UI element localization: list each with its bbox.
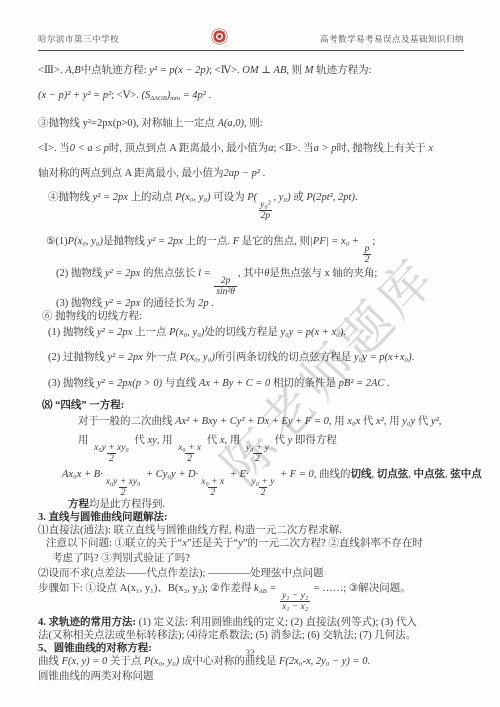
text-line: (3) 抛物线 y² = 2px(p > 0) 与直线 Ax + By + C …	[48, 377, 478, 390]
text-line: 轴对称的两点到点 A 距离最小, 最小值为2ap − p² .	[38, 167, 478, 180]
text-segment: 所引两条切线的切点弦方程是	[215, 352, 354, 363]
text-line: ⑵设而不求(点差法——代点作差法); ————处理弦中点问题	[38, 567, 478, 580]
text-segment: y² = p(x − 2p)	[149, 65, 209, 76]
text-segment: 切线	[351, 469, 372, 480]
text-line: 圆锥曲线的两类对称问题	[38, 670, 478, 683]
text-segment: 上一点	[132, 327, 169, 338]
text-segment: 即得方程	[292, 435, 337, 446]
seal-icon	[212, 29, 227, 44]
text-segment: Ax₀x + B·	[62, 469, 103, 480]
page-header: 哈尔滨市第三中学校 高考数学易考易误点及基础知识归纳	[38, 27, 464, 51]
text-segment: |PF| = x₀ +	[310, 236, 362, 247]
text-segment: y² = 2px	[108, 352, 143, 363]
text-segment: 轨迹方程为:	[313, 65, 371, 76]
text-segment: .	[206, 90, 211, 101]
document-body: <Ⅲ>. A,B中点轨迹方程: y² = p(x − 2p); <Ⅳ>. OM …	[38, 64, 478, 683]
text-segment: 2p	[198, 298, 209, 309]
text-segment: ; <Ⅴ>.	[111, 90, 141, 101]
text-segment: 代	[204, 435, 220, 446]
text-segment: 的通径长为	[140, 298, 198, 309]
text-segment: .	[355, 192, 358, 203]
text-segment: P(x₀, y₀)	[169, 327, 204, 338]
text-segment: (x − p)² + y² = p²	[38, 90, 111, 101]
text-segment: P(x₀, y₀)	[68, 236, 103, 247]
text-segment: ③抛物线 y²=2px(p>0), 对称轴上一定点	[38, 118, 217, 129]
text-line: 注意以下问题: ①联立的关于“x”还是关于“y”的一元二次方程? ②直线斜率不存…	[46, 537, 478, 550]
text-segment: x²	[376, 416, 384, 427]
text-segment: P(x₀, y₀)	[180, 352, 215, 363]
fraction: y₀²2p	[258, 200, 272, 221]
text-segment: = 4p²	[180, 90, 206, 101]
text-segment: 处的切线方程是	[204, 327, 280, 338]
fraction-denominator: 2	[208, 487, 217, 498]
fraction: x₀y + xy₀2	[92, 443, 131, 464]
header-doc-title: 高考数学易考易误点及基础知识归纳	[320, 33, 464, 45]
text-segment: 考虑了吗? ③判别式验证了吗?	[52, 553, 190, 564]
text-segment: l =	[198, 268, 213, 279]
text-segment: 是它的焦点, 则	[239, 236, 310, 247]
text-segment: min	[170, 95, 180, 102]
text-segment: ;	[372, 236, 375, 247]
text-segment: A(a,0)	[217, 118, 244, 129]
text-segment: 圆锥曲线的两类对称问题	[38, 671, 154, 682]
text-segment: y² = 2px(p > 0)	[97, 378, 162, 389]
text-segment: , 其中	[238, 268, 264, 279]
text-segment: ,	[439, 416, 442, 427]
text-segment: 4. 求轨迹的常用方法:	[38, 617, 136, 628]
text-segment: y₀y	[402, 416, 415, 427]
text-line: 用 x₀y + xy₀2 代 xy, 用 x₀ + x2 代 x, 用 y₀ +…	[78, 434, 478, 464]
text-segment: .	[384, 378, 389, 389]
fraction: x₀y + xy₀2	[104, 477, 143, 498]
fraction-denominator: 2	[185, 453, 194, 464]
text-line: (x − p)² + y² = p²; <Ⅴ>. (SΔAOB)min = 4p…	[38, 89, 478, 105]
text-segment: y₀y = p(x + x₀)	[280, 327, 343, 338]
text-segment: ; <Ⅱ>. 当	[273, 143, 313, 154]
text-segment: 中点轨迹方程:	[81, 65, 150, 76]
fraction-denominator: 2p	[259, 210, 273, 221]
text-segment: 2ap − p²	[224, 168, 260, 179]
text-segment: P(	[247, 192, 257, 203]
text-line: <Ⅰ>. 当0 < a ≤ p时, 顶点到点 A 距离最小, 最小值为a; <Ⅱ…	[38, 142, 478, 155]
text-segment: 方程	[68, 499, 89, 510]
text-line: (2) 抛物线 y² = 2px 的焦点弦长 l = 2psin²θ, 其中θ是…	[56, 267, 478, 297]
text-line: (1) 抛物线 y² = 2px 上一点 P(x₀, y₀)处的切线方程是 y₀…	[48, 326, 478, 339]
fraction-denominator: 2	[363, 254, 372, 265]
text-segment: ; <Ⅳ>.	[209, 65, 242, 76]
text-line: ⑻ “四线” 一方程:	[42, 399, 478, 412]
text-segment: y²	[431, 416, 439, 427]
text-segment: , 用	[384, 416, 402, 427]
text-segment: a > p	[314, 143, 337, 154]
text-segment: 均是此方程得到.	[89, 499, 165, 510]
fraction: y₀ + y2	[244, 443, 271, 464]
text-line: ⑥ 抛物线的切线方程:	[42, 310, 478, 323]
text-segment: ⑥ 抛物线的切线方程:	[42, 311, 142, 322]
text-line: 考虑了吗? ③判别式验证了吗?	[52, 552, 478, 565]
text-segment: y₀y = p(x+x₀)	[354, 352, 412, 363]
text-line: 方程均是此方程得到.	[68, 498, 478, 511]
text-segment: 时, 抛物线上有关于	[337, 143, 429, 154]
text-segment: 代	[132, 435, 148, 446]
text-segment: pB² = 2AC	[339, 378, 385, 389]
text-segment: y² = 2px	[93, 192, 128, 203]
text-segment: + E·	[227, 469, 248, 480]
text-segment: 代	[415, 416, 431, 427]
text-segment: 相切的条件是	[270, 378, 338, 389]
fraction-numerator: x₀y + xy₀	[92, 443, 131, 453]
fraction-denominator: x₁ − x₂	[280, 601, 310, 612]
text-segment: , 则:	[244, 118, 263, 129]
text-segment: x₀x	[347, 416, 360, 427]
text-segment: , 用	[329, 416, 347, 427]
text-segment: <Ⅲ>.	[38, 65, 65, 76]
text-segment: (S	[141, 90, 150, 101]
text-segment: y² = 2px	[97, 327, 132, 338]
fraction: 2psin²θ	[214, 276, 237, 297]
fraction: y₀ + y2	[250, 477, 277, 498]
text-segment: , y₀)	[274, 192, 291, 203]
text-segment: 外一点	[143, 352, 180, 363]
text-line: ⑴直接法(通法): 联立直线与圆锥曲线方程, 构造一元二次方程求解.	[38, 524, 478, 537]
fraction-denominator: 2	[259, 487, 268, 498]
text-segment: (1) 抛物线	[48, 327, 97, 338]
text-segment: 与直线	[162, 378, 199, 389]
text-segment: (2) 过抛物线	[48, 352, 108, 363]
text-segment: OM ⊥ AB	[242, 65, 286, 76]
fraction-numerator: x₀ + x	[176, 443, 203, 453]
text-segment: ⑻ “四线” 一方程:	[42, 400, 124, 411]
text-segment: A,B	[65, 65, 80, 76]
text-segment: .	[260, 168, 265, 179]
text-line: 步骤如下: ①设点 A(x₁, y₁)、B(x₂, y₂); ②作差得 kAB …	[38, 582, 478, 612]
text-segment: 可设为	[210, 192, 247, 203]
text-segment: AB	[259, 588, 267, 595]
text-segment: =	[267, 583, 279, 594]
text-segment: 法(又称相关点法或坐标转移法); ⑷待定系数法; (5) 消参法; (6) 交轨…	[38, 630, 416, 641]
text-segment: , 曲线的	[314, 469, 351, 480]
text-segment: 用	[78, 435, 91, 446]
text-segment: (2) 抛物线	[56, 268, 105, 279]
text-segment: ΔAOB	[150, 95, 166, 102]
text-line: Ax₀x + B·x₀y + xy₀2 + Cy₀y + D·x₀ + x2 +…	[62, 468, 478, 498]
fraction-numerator: y₀ + y	[250, 477, 277, 487]
text-segment: (3) 抛物线	[48, 378, 97, 389]
fraction: p2	[363, 244, 372, 265]
text-segment: = ……; ③解决问题。	[311, 583, 411, 594]
text-segment: ④抛物线	[48, 192, 93, 203]
text-segment: 步骤如下: ①设点 A(x₁, y₁)、B(x₂, y₂); ②作差得	[38, 583, 254, 594]
text-segment: .	[209, 298, 214, 309]
fraction-numerator: 2p	[219, 276, 233, 286]
fraction-denominator: sin²θ	[214, 286, 237, 297]
text-line: ④抛物线 y² = 2px 上的动点 P(x₀, y₀) 可设为 P(y₀²2p…	[48, 191, 478, 221]
text-segment: y² = 2px	[105, 268, 140, 279]
fraction: x₀ + x2	[199, 477, 226, 498]
text-segment: ”还是关于“	[187, 538, 238, 549]
text-segment: 3. 直线与圆锥曲线问题解法:	[38, 512, 168, 523]
text-segment: y² = 2px	[105, 298, 140, 309]
fraction: y₁ − y₂x₁ − x₂	[280, 591, 310, 612]
text-segment: 0 < a ≤ p	[70, 143, 109, 154]
text-segment: ⑤(1)	[46, 236, 68, 247]
fraction-denominator: 2	[107, 453, 116, 464]
text-segment: + Cy₀y + D·	[143, 469, 198, 480]
text-segment: 代	[272, 435, 288, 446]
fraction-numerator: y₀ + y	[244, 443, 271, 453]
text-line: 对于一般的二次曲线 Ax² + Bxy + Cy² + Dx + Ey + F …	[78, 415, 478, 428]
fraction-numerator: y₀²	[258, 200, 272, 210]
text-segment: P(2pt², 2pt)	[306, 192, 355, 203]
fraction-numerator: p	[363, 244, 372, 254]
text-segment: 中点弦	[414, 469, 446, 480]
page-number: 32	[246, 648, 255, 658]
text-segment: 上的一点.	[183, 236, 233, 247]
page-footer: 32	[0, 648, 500, 658]
text-line: ③抛物线 y²=2px(p>0), 对称轴上一定点 A(a,0), 则:	[38, 117, 478, 130]
text-segment: 轴对称的两点到点 A 距离最小, 最小值为	[38, 168, 224, 179]
text-segment: ⑵设而不求(点差法——代点作差法); ————处理弦中点问题	[38, 568, 324, 579]
text-segment: ”的一元二次方程? ②直线斜率不存在时	[243, 538, 423, 549]
text-segment: Ax² + Bxy + Cy² + Dx + Ey + F = 0	[175, 416, 329, 427]
document-page: 陈老师题库 哈尔滨市第三中学校 高考数学易考易误点及基础知识归纳 <Ⅲ>. A,…	[0, 0, 500, 707]
text-line: 4. 求轨迹的常用方法: (1) 定义法: 利用圆锥曲线的定义; (2) 直接法…	[38, 616, 478, 629]
text-segment: , 则	[286, 65, 304, 76]
text-segment: , 用	[157, 435, 175, 446]
text-segment: , 用	[225, 435, 243, 446]
header-school-name: 哈尔滨市第三中学校	[38, 33, 119, 45]
fraction-denominator: 2	[119, 487, 128, 498]
fraction-numerator: y₁ − y₂	[280, 591, 310, 601]
fraction-numerator: x₀y + xy₀	[104, 477, 143, 487]
text-line: 法(又称相关点法或坐标转移法); ⑷待定系数法; (5) 消参法; (6) 交轨…	[38, 629, 478, 642]
text-segment: + F = 0	[277, 469, 313, 480]
text-segment: x	[428, 143, 433, 154]
text-segment: (1) 定义法: 利用圆锥曲线的定义; (2) 直接法(列等式); (3) 代入	[136, 617, 417, 628]
text-line: (2) 过抛物线 y² = 2px 外一点 P(x₀, y₀)所引两条切线的切点…	[48, 351, 478, 364]
text-segment: 时, 顶点到点 A 距离最小, 最小值为	[109, 143, 268, 154]
text-segment: 对于一般的二次曲线	[78, 416, 175, 427]
text-line: <Ⅲ>. A,B中点轨迹方程: y² = p(x − 2p); <Ⅳ>. OM …	[38, 64, 478, 77]
text-segment: (3) 抛物线	[56, 298, 105, 309]
text-segment: 是焦点弦与 x 轴的夹角;	[269, 268, 377, 279]
text-segment: P(x₀, y₀)	[175, 192, 210, 203]
text-segment: .	[412, 352, 415, 363]
text-segment: 切点弦	[377, 469, 409, 480]
fraction-numerator: x₀ + x	[199, 477, 226, 487]
text-segment: <Ⅰ>. 当	[38, 143, 70, 154]
text-line: 3. 直线与圆锥曲线问题解法:	[38, 511, 478, 524]
fraction: x₀ + x2	[176, 443, 203, 464]
text-segment: .	[343, 327, 346, 338]
text-segment: Ax + By + C = 0	[199, 378, 270, 389]
text-segment: ⑴直接法(通法): 联立直线与圆锥曲线方程, 构造一元二次方程求解.	[38, 525, 342, 536]
text-segment: 是抛物线	[103, 236, 148, 247]
text-segment: xy	[148, 435, 157, 446]
text-segment: 弦中点	[450, 469, 482, 480]
text-segment: 上的动点	[128, 192, 175, 203]
text-segment: 或	[291, 192, 307, 203]
text-segment: 注意以下问题: ①联立的关于“	[46, 538, 182, 549]
fraction-denominator: 2	[253, 453, 262, 464]
text-line: ⑤(1)P(x₀, y₀)是抛物线 y² = 2px 上的一点. F 是它的焦点…	[46, 235, 478, 265]
text-segment: y² = 2px	[148, 236, 183, 247]
text-segment: 的焦点弦长	[140, 268, 198, 279]
text-line: (3) 抛物线 y² = 2px 的通径长为 2p .	[56, 297, 478, 310]
text-segment: 代	[360, 416, 376, 427]
